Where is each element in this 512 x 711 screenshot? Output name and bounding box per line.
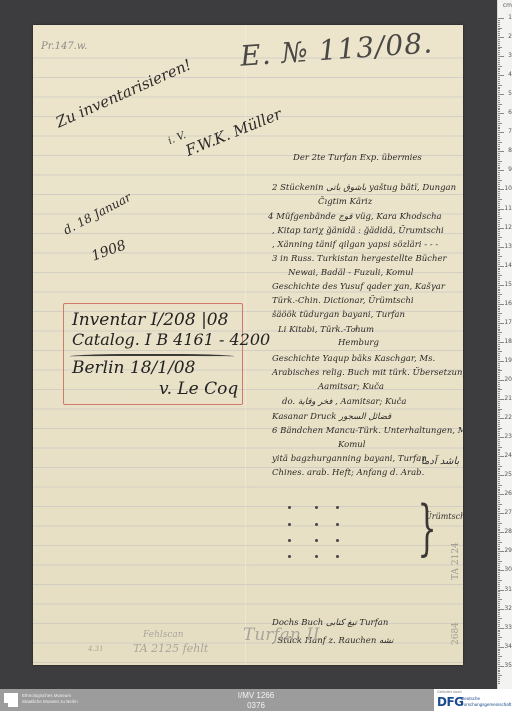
ruler-tick	[498, 490, 500, 491]
ruler-tick	[498, 652, 500, 653]
ruler-label: 4	[508, 71, 512, 78]
ruler-tick	[498, 658, 500, 659]
ruler-tick	[498, 85, 502, 86]
ruler-tick	[498, 237, 502, 238]
ruler-tick	[498, 471, 500, 472]
ruler-label: 33	[504, 624, 512, 631]
ruler-label: 25	[504, 471, 512, 478]
ruler-tick	[498, 252, 500, 253]
ruler-tick	[498, 654, 500, 655]
ruler-tick	[498, 109, 500, 110]
ruler-tick	[498, 452, 500, 453]
ruler-tick	[498, 620, 500, 621]
ruler-tick	[498, 98, 500, 99]
ruler-tick	[498, 121, 500, 122]
ruler-tick	[498, 376, 500, 377]
ruler-tick	[498, 119, 500, 120]
ruler-tick	[498, 523, 502, 524]
stamp-inventar: Inventar I/208 |08	[72, 310, 228, 330]
item-line: Newai, Badäl - Fuzuli, Komul	[288, 268, 413, 278]
ruler-tick	[498, 643, 500, 644]
ruler-tick	[498, 205, 500, 206]
ruler-tick	[498, 197, 500, 198]
ruler-tick	[498, 605, 500, 606]
ruler-tick	[498, 416, 500, 417]
ruler-tick	[498, 31, 500, 32]
ruler-tick	[498, 285, 504, 286]
ruler-tick	[498, 609, 504, 610]
ruler-tick	[498, 239, 500, 240]
ruler-tick	[498, 508, 500, 509]
ruler-tick	[498, 357, 500, 358]
ruler-tick	[498, 641, 500, 642]
ruler-tick	[498, 351, 502, 352]
ditto-dot	[315, 523, 318, 526]
ruler-tick	[498, 515, 500, 516]
ruler-tick	[498, 279, 500, 280]
ruler-label: 16	[504, 300, 512, 307]
ruler-tick	[498, 88, 500, 89]
ruler-tick	[498, 33, 500, 34]
item-line: do. فخر وقاية , Aamitsar; Kuča	[282, 397, 406, 407]
ruler-tick	[498, 342, 504, 343]
ruler-tick	[498, 549, 500, 550]
ruler-tick	[498, 477, 500, 478]
item-line: Aamitsar; Kuča	[318, 382, 384, 392]
ruler-tick	[498, 504, 502, 505]
curly-brace: }	[418, 493, 437, 563]
ruler-tick	[498, 146, 500, 147]
ruler-tick	[498, 290, 500, 291]
ruler-tick	[498, 367, 500, 368]
ruler-tick	[498, 388, 500, 389]
ruler-tick	[498, 269, 500, 270]
ruler-tick	[498, 300, 500, 301]
ruler-label: 15	[504, 281, 512, 288]
ruler-tick	[498, 149, 500, 150]
ruler-tick	[498, 555, 500, 556]
ruler-tick	[498, 195, 500, 196]
ruler-tick	[498, 479, 500, 480]
ruler-tick	[498, 327, 500, 328]
ruler-label: 11	[504, 205, 512, 212]
ruler-tick	[498, 106, 500, 107]
ruler-tick	[498, 29, 500, 30]
ruler-label: 21	[504, 395, 512, 402]
ruler-tick	[498, 199, 502, 200]
dfg-logo-icon: DFG	[437, 695, 464, 709]
ruler-tick	[498, 369, 500, 370]
ruler-tick	[498, 386, 500, 387]
ruler-tick	[498, 580, 502, 581]
pencil-number: 4.31	[88, 645, 104, 653]
ruler-tick	[498, 222, 500, 223]
ruler-tick	[498, 429, 500, 430]
ruler-label: 1	[508, 14, 512, 21]
ruler-tick	[498, 188, 500, 189]
ditto-dot	[336, 539, 339, 542]
ruler-tick	[498, 460, 500, 461]
ruler-tick	[498, 382, 500, 383]
ruler-label: 14	[504, 262, 512, 269]
ruler-tick	[498, 66, 502, 67]
ruler-tick	[498, 542, 502, 543]
ruler-tick	[498, 157, 500, 158]
ruler-tick	[498, 601, 500, 602]
ruler-tick	[498, 176, 500, 177]
ruler-tick	[498, 296, 500, 297]
item-line: , Kitap tariχ ğänidä : ğädidä, Ürumtschi	[272, 226, 444, 236]
ruler-tick	[498, 431, 500, 432]
dfg-name: Deutsche Forschungsgemeinschaft	[461, 696, 511, 707]
ruler-tick	[498, 433, 500, 434]
ruler-tick	[498, 142, 502, 143]
ruler-tick	[498, 597, 500, 598]
ruler-tick	[498, 20, 500, 21]
ruler-tick	[498, 207, 500, 208]
ruler-tick	[498, 561, 502, 562]
ruler-tick	[498, 428, 502, 429]
ruler-tick	[498, 422, 500, 423]
ruler-label: 28	[504, 528, 512, 535]
ruler-tick	[498, 591, 500, 592]
ruler-tick	[498, 469, 500, 470]
ruler-tick	[498, 83, 500, 84]
ruler-tick	[498, 134, 500, 135]
ruler-tick	[498, 28, 502, 29]
ruler-tick	[498, 443, 500, 444]
ruler-tick	[498, 315, 500, 316]
ruler-tick	[498, 603, 500, 604]
ruler-tick	[498, 607, 500, 608]
item-line: šäöök tüdurgan bayani, Turfan	[272, 310, 405, 320]
ruler-tick	[498, 18, 504, 19]
footer-bar: Ethnologisches Museum Staatliche Museen …	[0, 689, 512, 711]
ruler-tick	[498, 671, 500, 672]
inventory-stamp: Inventar I/208 |08 Catalog. I B 4161 - 4…	[63, 303, 243, 405]
item-line: 2 Stückenin باشوق باتی yaštug bätï, Dung…	[272, 183, 456, 193]
item-line: Türk.-Chin. Dictionar, Ürümtschi	[272, 296, 414, 306]
ruler-tick	[498, 48, 500, 49]
ruler-tick	[498, 317, 500, 318]
ruler-tick	[498, 308, 500, 309]
item-line: Čıgtim Käriz	[318, 197, 372, 207]
ruler-tick	[498, 180, 502, 181]
ruler-tick	[498, 353, 500, 354]
ditto-dot	[288, 539, 291, 542]
dfg-funded-by: Gefördert durch	[437, 690, 462, 694]
ruler-tick	[498, 399, 504, 400]
ruler-tick	[498, 650, 500, 651]
ruler-tick	[498, 502, 500, 503]
ruler-tick	[498, 163, 500, 164]
ruler-tick	[498, 294, 502, 295]
ruler-tick	[498, 407, 500, 408]
ruler-tick	[498, 151, 504, 152]
ruler-tick	[498, 214, 500, 215]
ruler-tick	[498, 395, 500, 396]
ruler-tick	[498, 683, 500, 684]
ruler-tick	[498, 264, 500, 265]
ruler-tick	[498, 612, 500, 613]
brace-note: Ürümtschi	[425, 512, 463, 521]
ruler-tick	[498, 670, 500, 671]
dfg-name-line2: Forschungsgemeinschaft	[461, 702, 511, 708]
ruler-label: 2	[508, 33, 512, 40]
ruler-tick	[498, 361, 504, 362]
ruler-tick	[498, 656, 502, 657]
ruler-tick	[498, 212, 500, 213]
ruler-tick	[498, 258, 500, 259]
ruler-tick	[498, 563, 500, 564]
ruler-tick	[498, 231, 500, 232]
ruler-tick	[498, 127, 500, 128]
ruler-tick	[498, 567, 500, 568]
ruler-tick	[498, 610, 500, 611]
ruler-tick	[498, 209, 504, 210]
ditto-dot	[288, 555, 291, 558]
ruler-tick	[498, 275, 502, 276]
reference-top-left: Pr.147.w.	[41, 41, 87, 52]
ruler-tick	[498, 664, 500, 665]
ruler-tick	[498, 132, 504, 133]
ruler-tick	[498, 167, 500, 168]
item-line: Der 2te Turfan Exp. übermies	[293, 153, 422, 163]
ruler-tick	[498, 37, 504, 38]
ruler-tick	[498, 104, 502, 105]
ruler-tick	[498, 588, 500, 589]
ruler-tick	[498, 582, 500, 583]
ruler-tick	[498, 245, 500, 246]
ruler-tick	[498, 130, 500, 131]
item-line: Komul	[338, 440, 366, 450]
ruler-tick	[498, 374, 500, 375]
item-line: 6 Bändchen Mancu-Türk. Unterhaltungen, M…	[272, 426, 463, 436]
ruler-tick	[498, 628, 504, 629]
ruler-tick	[498, 622, 500, 623]
ruler-tick	[498, 220, 500, 221]
ruler-tick	[498, 668, 500, 669]
ruler-label: 30	[504, 566, 512, 573]
ruler-tick	[498, 441, 500, 442]
ruler-tick	[498, 68, 500, 69]
ruler-tick	[498, 355, 500, 356]
ruler-tick	[498, 313, 502, 314]
ruler-tick	[498, 229, 500, 230]
ruler-tick	[498, 532, 504, 533]
ruler-tick	[498, 136, 500, 137]
ruler-tick	[498, 565, 500, 566]
ruler-tick	[498, 332, 502, 333]
ruler-tick	[498, 306, 500, 307]
ruler-unit: cm	[503, 2, 512, 9]
ruler-label: 3	[508, 52, 512, 59]
ruler-tick	[498, 645, 500, 646]
ruler-tick	[498, 233, 500, 234]
ruler-label: 8	[508, 147, 512, 154]
ruler-tick	[498, 534, 500, 535]
ruler-tick	[498, 292, 500, 293]
stamp-berlin-date: Berlin 18/1/08	[72, 358, 195, 378]
ruler-tick	[498, 349, 500, 350]
ruler-tick	[498, 466, 502, 467]
ruler-tick	[498, 302, 500, 303]
ruler-tick	[498, 462, 500, 463]
vertical-pencil-number: 2684	[451, 622, 461, 645]
ruler-tick	[498, 256, 502, 257]
ruler-tick	[498, 576, 500, 577]
ruler-label: 35	[504, 662, 512, 669]
ruler-tick	[498, 87, 500, 88]
ruler-tick	[498, 125, 500, 126]
ruler-tick	[498, 336, 500, 337]
ruler-tick	[498, 260, 500, 261]
ruler-tick	[498, 346, 500, 347]
ruler-tick	[498, 489, 500, 490]
ruler-tick	[498, 94, 504, 95]
ruler-tick	[498, 445, 500, 446]
document-page: Pr.147.w. E. № 113/08. Zu inventarisiere…	[33, 25, 463, 665]
ruler-tick	[498, 186, 500, 187]
pencil-turfan-label: Turfan II	[243, 625, 320, 645]
ruler-tick	[498, 527, 500, 528]
item-line: , Χänning tänif qilgan yapsi sözläri - -…	[272, 240, 438, 250]
ruler-tick	[498, 148, 500, 149]
ruler-label: 19	[504, 357, 512, 364]
ruler-tick	[498, 359, 500, 360]
ruler-label: 13	[504, 243, 512, 250]
ruler-tick	[498, 321, 500, 322]
ruler-tick	[498, 633, 500, 634]
ruler-tick	[498, 569, 500, 570]
ditto-dot	[336, 523, 339, 526]
ruler-tick	[498, 481, 500, 482]
ruler-tick	[498, 494, 504, 495]
ruler-tick	[498, 117, 500, 118]
ruler-tick	[498, 635, 500, 636]
ruler-tick	[498, 521, 500, 522]
ruler-tick	[498, 340, 500, 341]
ruler-tick	[498, 79, 500, 80]
ruler-tick	[498, 513, 504, 514]
ruler-tick	[498, 241, 500, 242]
ruler-tick	[498, 403, 500, 404]
item-line: Geschichte Yaqup bäks Kaschgar, Ms.	[272, 354, 435, 364]
ruler-tick	[498, 557, 500, 558]
ruler-tick	[498, 62, 500, 63]
ruler-tick	[498, 647, 504, 648]
ditto-dot	[315, 539, 318, 542]
ruler-tick	[498, 546, 500, 547]
ruler-tick	[498, 172, 500, 173]
ruler-tick	[498, 397, 500, 398]
ruler-tick	[498, 266, 504, 267]
ruler-tick	[498, 144, 500, 145]
ruler-tick	[498, 338, 500, 339]
ruler-tick	[498, 447, 502, 448]
ruler-tick	[498, 153, 500, 154]
ruler-tick	[498, 304, 504, 305]
ruler-tick	[498, 544, 500, 545]
ruler-label: 20	[504, 376, 512, 383]
ruler-tick	[498, 115, 500, 116]
ruler-label: 12	[504, 224, 512, 231]
ruler-tick	[498, 271, 500, 272]
ruler-tick	[498, 210, 500, 211]
ruler-tick	[498, 281, 500, 282]
ruler-tick	[498, 69, 500, 70]
ruler-tick	[498, 487, 500, 488]
ruler-tick	[498, 247, 504, 248]
ruler-tick	[498, 666, 504, 667]
ruler-tick	[498, 509, 500, 510]
ruler-tick	[498, 418, 504, 419]
item-line: Li Kitabi, Türk.-Toͤhum	[278, 324, 374, 335]
ruler-tick	[498, 511, 500, 512]
ruler-tick	[498, 391, 500, 392]
ruler-tick	[498, 165, 500, 166]
ruler-tick	[498, 201, 500, 202]
ruler-tick	[498, 410, 500, 411]
ruler-tick	[498, 519, 500, 520]
ruler-tick	[498, 570, 504, 571]
ruler-tick	[498, 24, 500, 25]
ruler-tick	[498, 52, 500, 53]
ruler-tick	[498, 616, 500, 617]
ruler-tick	[498, 401, 500, 402]
ruler-tick	[498, 673, 500, 674]
ruler-tick	[498, 464, 500, 465]
ruler-tick	[498, 60, 500, 61]
ruler-tick	[498, 426, 500, 427]
item-line: Hemburg	[338, 338, 379, 348]
ruler-tick	[498, 262, 500, 263]
ruler-tick	[498, 64, 500, 65]
ruler-tick	[498, 178, 500, 179]
ditto-dot	[288, 506, 291, 509]
ruler-label: 26	[504, 490, 512, 497]
ruler-tick	[498, 334, 500, 335]
item-line: Geschichte des Yusuf qader χan, Kašγar	[272, 282, 445, 292]
ruler-tick	[498, 675, 502, 676]
ruler-tick	[498, 456, 504, 457]
ruler-tick	[498, 96, 500, 97]
ruler-tick	[498, 572, 500, 573]
ruler-tick	[498, 26, 500, 27]
ruler-tick	[498, 35, 500, 36]
ditto-dot	[336, 555, 339, 558]
ruler-tick	[498, 138, 500, 139]
ruler-tick	[498, 50, 500, 51]
ruler-tick	[498, 73, 500, 74]
item-line: yitä bagzhurganning bayani, Turfan	[272, 454, 427, 464]
ruler-tick	[498, 586, 500, 587]
ruler-tick	[498, 540, 500, 541]
ruler-tick	[498, 538, 500, 539]
ruler-label: 5	[508, 90, 512, 97]
ruler-tick	[498, 639, 500, 640]
ruler-label: 24	[504, 452, 512, 459]
ruler-tick	[498, 193, 500, 194]
ruler-tick	[498, 123, 502, 124]
ruler-tick	[498, 81, 500, 82]
ruler-tick	[498, 235, 500, 236]
ruler-tick	[498, 77, 500, 78]
ruler-tick	[498, 517, 500, 518]
ruler-tick	[498, 90, 500, 91]
pencil-ta-number: TA 2125 fehlt	[133, 642, 208, 655]
ruler-tick	[498, 593, 500, 594]
